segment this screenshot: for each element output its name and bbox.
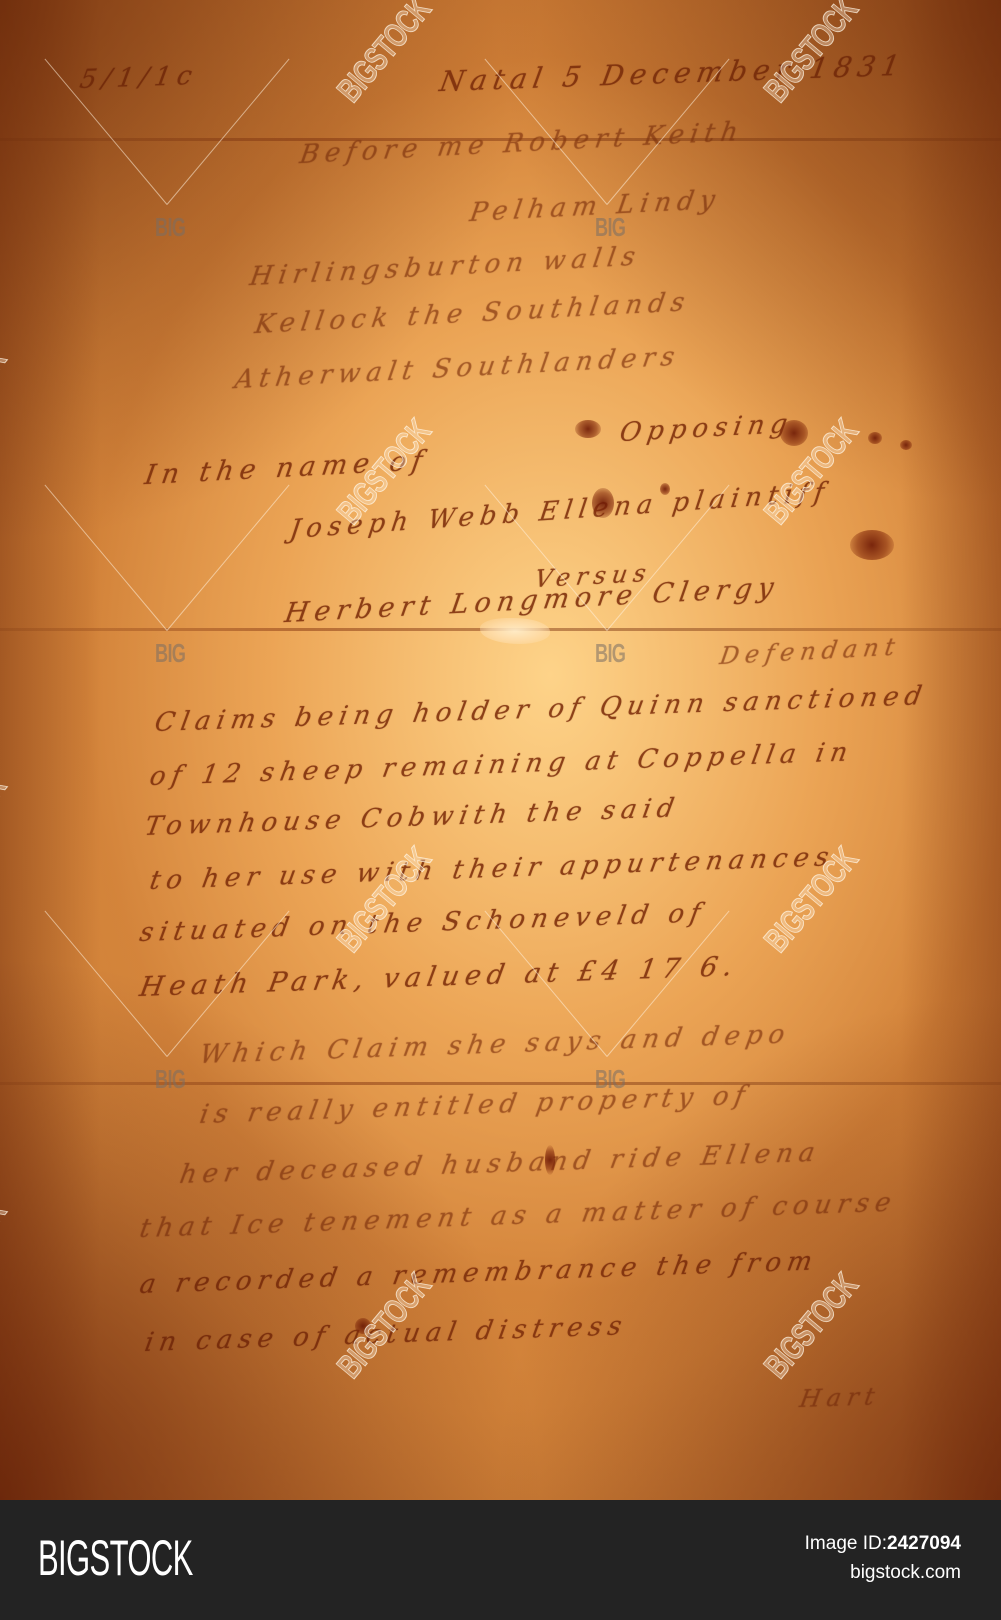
ink-blot (660, 483, 670, 495)
handwriting-line: Hirlingsburton walls (248, 241, 644, 292)
handwriting-line: Atherwalt Southlanders (233, 342, 683, 396)
handwriting-line: a recorded a remembrance the from (137, 1246, 820, 1300)
handwriting-line: Natal 5 December 1831 (437, 49, 908, 98)
watermark-big: BIG (595, 638, 625, 669)
ink-blot (780, 420, 808, 446)
paper-tear (480, 618, 550, 644)
watermark-big: BIG (155, 638, 185, 669)
fold-crease (0, 1082, 1001, 1085)
handwriting-line: Townhouse Cobwith the said (142, 793, 682, 842)
bigstock-logo: BIGSTOCK (38, 1529, 193, 1587)
handwriting-line: Opposing (618, 409, 796, 448)
handwriting-line: Claims being holder of Quinn sanctioned (152, 681, 930, 738)
watermark-big: BIG (595, 1064, 625, 1095)
handwriting-line: situated on the Schoneveld of (137, 898, 708, 948)
watermark-big: BIG (155, 1064, 185, 1095)
handwriting-line: Heath Park, valued at £4 17 6. (137, 951, 740, 1003)
handwriting-line: Kellock the Southlands (253, 287, 693, 340)
watermark-bigstock: BIGSTOCK (0, 341, 14, 460)
handwriting-line: Before me Robert Keith (298, 117, 746, 171)
image-id: Image ID:2427094 (805, 1530, 961, 1558)
ink-blot (592, 488, 614, 518)
handwriting-line: that Ice tenement as a matter of course (137, 1187, 899, 1244)
watermark-line (167, 485, 290, 631)
handwriting-line: 5/1/1c (77, 61, 200, 95)
watermark-big: BIG (595, 212, 625, 243)
handwriting-line: her deceased husband ride Ellena (177, 1138, 823, 1191)
watermark-bigstock: BIGSTOCK (757, 1267, 866, 1386)
image-id-label: Image ID: (805, 1533, 887, 1554)
handwriting-line: to her use with their appurtenances (147, 842, 837, 896)
footer-bar: BIGSTOCK Image ID:2427094 bigstock.com (0, 1500, 1001, 1620)
handwriting-line: Hart (798, 1382, 883, 1413)
handwriting-line: Defendant (718, 632, 903, 670)
handwriting-line: is really entitled property of (197, 1081, 753, 1130)
handwriting-line: of 12 sheep remaining at Coppella in (147, 737, 855, 792)
handwriting-line: Which Claim she says and depo (197, 1019, 793, 1070)
ink-blot (575, 420, 601, 438)
watermark-bigstock: BIGSTOCK (0, 768, 14, 887)
ink-blot (545, 1145, 555, 1175)
stock-photo-old-letter: 5/1/1cNatal 5 December 1831Before me Rob… (0, 0, 1001, 1500)
image-id-value: 2427094 (887, 1533, 961, 1554)
site-link[interactable]: bigstock.com (805, 1558, 961, 1588)
ink-blot (900, 440, 912, 450)
watermark-line (44, 485, 167, 631)
ink-blot (868, 432, 882, 444)
watermark-big: BIG (155, 212, 185, 243)
watermark-bigstock: BIGSTOCK (0, 1193, 14, 1312)
watermark-bigstock: BIGSTOCK (330, 0, 439, 110)
image-meta: Image ID:2427094 bigstock.com (805, 1530, 961, 1588)
ink-blot (850, 530, 894, 560)
